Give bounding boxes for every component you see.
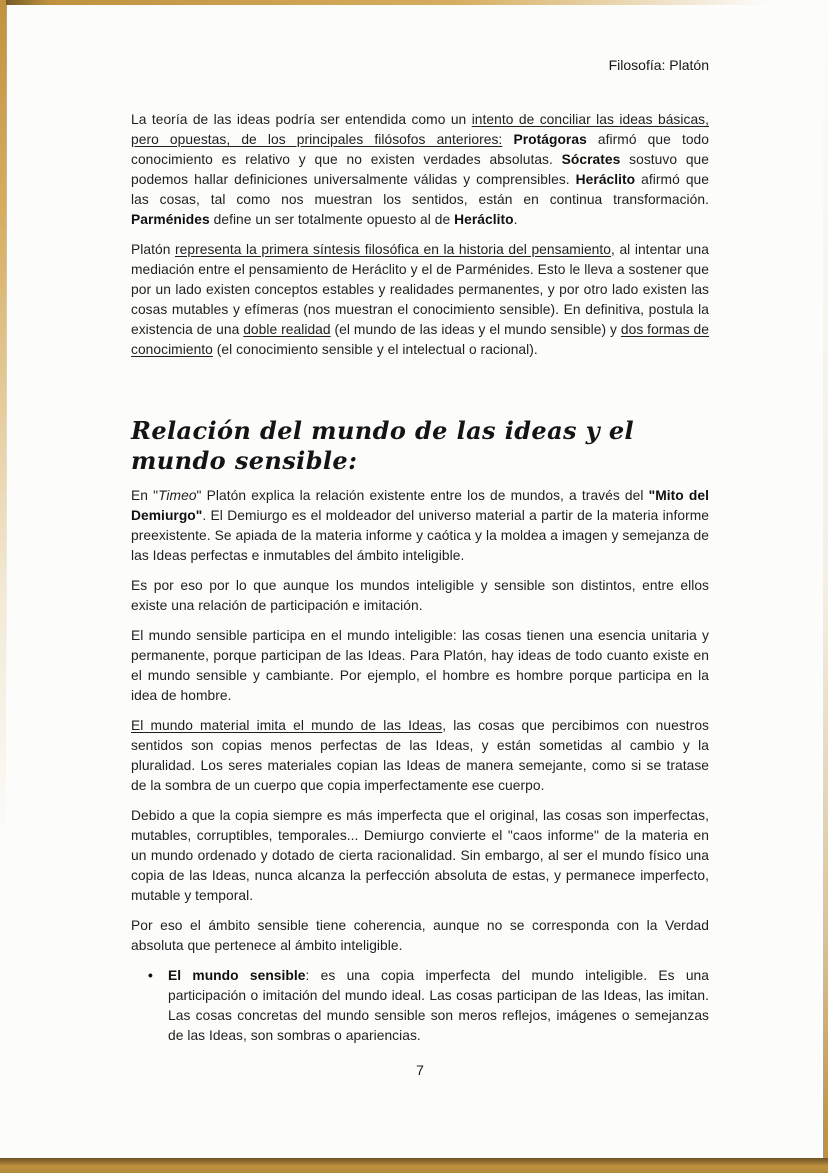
section-paragraph-1: En "Timeo" Platón explica la relación ex…	[131, 486, 709, 566]
text-segment: (el mundo de las ideas y el mundo sensib…	[331, 322, 621, 337]
running-header: Filosofía: Platón	[131, 57, 709, 74]
desk-edge-bottom	[0, 1158, 828, 1173]
section-paragraph-3: El mundo sensible participa en el mundo …	[131, 626, 709, 706]
text-segment: doble realidad	[243, 322, 330, 337]
text-segment: Heráclito	[576, 172, 636, 187]
text-segment: Sócrates	[562, 152, 621, 167]
section-paragraph-6: Por eso el ámbito sensible tiene coheren…	[131, 916, 709, 956]
intro-paragraph-2: Platón representa la primera síntesis fi…	[131, 240, 709, 360]
text-segment: representa la primera síntesis filosófic…	[175, 242, 611, 257]
text-segment: Parménides	[131, 212, 210, 227]
text-segment: Por eso el ámbito sensible tiene coheren…	[131, 918, 709, 953]
section-paragraph-4: El mundo material imita el mundo de las …	[131, 716, 709, 796]
text-segment: Platón	[131, 242, 175, 257]
text-segment: Debido a que la copia siempre es más imp…	[131, 808, 709, 903]
text-segment: " Platón explica la relación existente e…	[197, 488, 649, 503]
desk-edge-right	[823, 0, 828, 1173]
scanned-document-page: Filosofía: Platón La teoría de las ideas…	[0, 0, 828, 1173]
text-segment: Timeo	[158, 488, 196, 503]
page-content: Filosofía: Platón La teoría de las ideas…	[131, 0, 709, 1078]
text-segment: Es por eso por lo que aunque los mundos …	[131, 578, 709, 613]
text-segment: (el conocimiento sensible y el intelectu…	[213, 342, 538, 357]
text-segment	[502, 132, 513, 147]
list-item-text: El mundo sensible: es una copia imperfec…	[168, 966, 709, 1046]
intro-paragraph-1: La teoría de las ideas podría ser entend…	[131, 110, 709, 230]
section-paragraph-5: Debido a que la copia siempre es más imp…	[131, 806, 709, 906]
text-segment: define un ser totalmente opuesto al de	[210, 212, 454, 227]
text-segment: La teoría de las ideas podría ser entend…	[131, 112, 472, 127]
text-segment: El mundo material imita el mundo de las …	[131, 718, 442, 733]
section-heading: Relación del mundo de las ideas y el mun…	[131, 416, 709, 476]
text-segment: Protágoras	[513, 132, 586, 147]
desk-edge-left	[0, 0, 6, 1173]
page-number: 7	[131, 1062, 709, 1078]
section-paragraph-2: Es por eso por lo que aunque los mundos …	[131, 576, 709, 616]
bullet-icon: •	[148, 966, 168, 1046]
text-segment: El mundo sensible	[168, 968, 306, 983]
text-segment: .	[514, 212, 518, 227]
text-segment: . El Demiurgo es el moldeador del univer…	[131, 508, 709, 563]
text-segment: El mundo sensible participa en el mundo …	[131, 628, 709, 703]
text-segment: Heráclito	[454, 212, 514, 227]
list-item: • El mundo sensible: es una copia imperf…	[131, 966, 709, 1046]
text-segment: En "	[131, 488, 158, 503]
